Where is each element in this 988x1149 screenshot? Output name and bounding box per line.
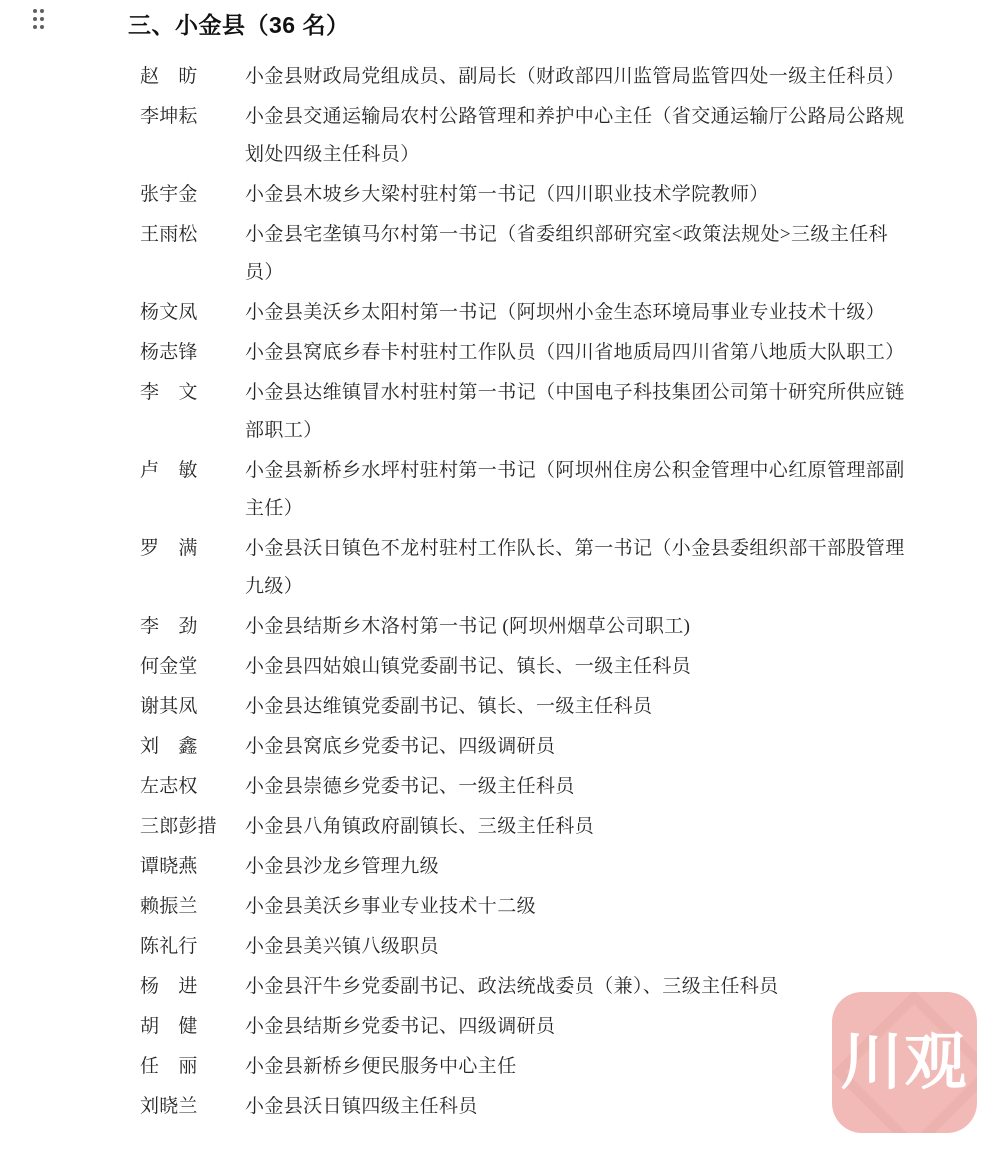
roster-entry: 卢 敏 小金县新桥乡水坪村驻村第一书记（阿坝州住房公积金管理中心红原管理部副主任… <box>140 452 928 528</box>
entry-name: 何金堂 <box>140 648 216 686</box>
entry-name: 赖振兰 <box>140 888 216 926</box>
roster-entry: 王雨松 小金县宅垄镇马尔村第一书记（省委组织部研究室<政策法规处>三级主任科员） <box>140 216 928 292</box>
entry-name: 三郎彭措 <box>140 808 216 846</box>
roster-entry: 刘晓兰 小金县沃日镇四级主任科员 <box>140 1088 928 1126</box>
entry-description: 小金县木坡乡大梁村驻村第一书记（四川职业技术学院教师） <box>245 176 907 214</box>
drag-handle-icon[interactable] <box>33 9 44 29</box>
roster-entry: 杨 进 小金县汗牛乡党委副书记、政法统战委员（兼）、三级主任科员 <box>140 968 928 1006</box>
entry-description: 小金县沙龙乡管理九级 <box>245 848 907 886</box>
entry-description: 小金县结斯乡党委书记、四级调研员 <box>245 1008 907 1046</box>
entry-description: 小金县沃日镇色不龙村驻村工作队长、第一书记（小金县委组织部干部股管理九级） <box>245 530 907 606</box>
roster-entry: 胡 健 小金县结斯乡党委书记、四级调研员 <box>140 1008 928 1046</box>
entry-description: 小金县结斯乡木洛村第一书记 (阿坝州烟草公司职工) <box>245 608 907 646</box>
entry-name: 张宇金 <box>140 176 216 214</box>
entry-name: 赵 昉 <box>140 58 216 96</box>
roster-entry: 杨文凤 小金县美沃乡太阳村第一书记（阿坝州小金生态环境局事业专业技术十级） <box>140 294 928 332</box>
entry-description: 小金县窝底乡党委书记、四级调研员 <box>245 728 907 766</box>
drag-handle-dot <box>33 25 37 29</box>
entry-name: 杨志锋 <box>140 334 216 372</box>
entry-name: 李 文 <box>140 374 216 412</box>
drag-handle-dot <box>33 17 37 21</box>
chuanguan-watermark-badge: 川观 <box>832 992 977 1133</box>
entry-description: 小金县沃日镇四级主任科员 <box>245 1088 907 1126</box>
entry-name: 任 丽 <box>140 1048 216 1086</box>
entry-name: 谭晓燕 <box>140 848 216 886</box>
entry-name: 陈礼行 <box>140 928 216 966</box>
drag-handle-dot <box>40 25 44 29</box>
roster-entry: 张宇金 小金县木坡乡大梁村驻村第一书记（四川职业技术学院教师） <box>140 176 928 214</box>
roster-entry: 谢其凤 小金县达维镇党委副书记、镇长、一级主任科员 <box>140 688 928 726</box>
roster-entry: 三郎彭措 小金县八角镇政府副镇长、三级主任科员 <box>140 808 928 846</box>
roster-entry: 罗 满 小金县沃日镇色不龙村驻村工作队长、第一书记（小金县委组织部干部股管理九级… <box>140 530 928 606</box>
entry-description: 小金县美沃乡太阳村第一书记（阿坝州小金生态环境局事业专业技术十级） <box>245 294 907 332</box>
entry-name: 罗 满 <box>140 530 216 568</box>
roster-entry: 何金堂 小金县四姑娘山镇党委副书记、镇长、一级主任科员 <box>140 648 928 686</box>
document-body: 三、小金县（36 名） 赵 昉 小金县财政局党组成员、副局长（财政部四川监管局监… <box>128 10 928 1128</box>
roster-entry: 赖振兰 小金县美沃乡事业专业技术十二级 <box>140 888 928 926</box>
entry-name: 刘 鑫 <box>140 728 216 766</box>
entry-description: 小金县窝底乡春卡村驻村工作队员（四川省地质局四川省第八地质大队职工） <box>245 334 907 372</box>
entry-name: 李 劲 <box>140 608 216 646</box>
roster-entry: 谭晓燕 小金县沙龙乡管理九级 <box>140 848 928 886</box>
entry-name: 刘晓兰 <box>140 1088 216 1126</box>
watermark-logo-text: 川观 <box>832 992 977 1133</box>
entry-name: 李坤耘 <box>140 98 216 136</box>
entry-description: 小金县达维镇冒水村驻村第一书记（中国电子科技集团公司第十研究所供应链部职工） <box>245 374 907 450</box>
entry-description: 小金县达维镇党委副书记、镇长、一级主任科员 <box>245 688 907 726</box>
roster-entry: 李 劲 小金县结斯乡木洛村第一书记 (阿坝州烟草公司职工) <box>140 608 928 646</box>
roster-entry: 李 文 小金县达维镇冒水村驻村第一书记（中国电子科技集团公司第十研究所供应链部职… <box>140 374 928 450</box>
drag-handle-dot <box>33 9 37 13</box>
entry-description: 小金县崇德乡党委书记、一级主任科员 <box>245 768 907 806</box>
entry-name: 杨 进 <box>140 968 216 1006</box>
entry-name: 谢其凤 <box>140 688 216 726</box>
entry-description: 小金县财政局党组成员、副局长（财政部四川监管局监管四处一级主任科员） <box>245 58 907 96</box>
entry-name: 杨文凤 <box>140 294 216 332</box>
roster-entry: 陈礼行 小金县美兴镇八级职员 <box>140 928 928 966</box>
entry-description: 小金县美沃乡事业专业技术十二级 <box>245 888 907 926</box>
roster-entry: 左志权 小金县崇德乡党委书记、一级主任科员 <box>140 768 928 806</box>
entry-description: 小金县美兴镇八级职员 <box>245 928 907 966</box>
roster-entry: 任 丽 小金县新桥乡便民服务中心主任 <box>140 1048 928 1086</box>
entry-name: 卢 敏 <box>140 452 216 490</box>
entry-description: 小金县宅垄镇马尔村第一书记（省委组织部研究室<政策法规处>三级主任科员） <box>245 216 907 292</box>
entry-name: 胡 健 <box>140 1008 216 1046</box>
roster-entry: 李坤耘 小金县交通运输局农村公路管理和养护中心主任（省交通运输厅公路局公路规划处… <box>140 98 928 174</box>
entry-description: 小金县交通运输局农村公路管理和养护中心主任（省交通运输厅公路局公路规划处四级主任… <box>245 98 907 174</box>
entry-description: 小金县新桥乡便民服务中心主任 <box>245 1048 907 1086</box>
document-page: { "page": { "title": "三、小金县（36 名）" }, "i… <box>0 0 988 1149</box>
entry-description: 小金县汗牛乡党委副书记、政法统战委员（兼）、三级主任科员 <box>245 968 907 1006</box>
entry-name: 王雨松 <box>140 216 216 254</box>
entry-description: 小金县四姑娘山镇党委副书记、镇长、一级主任科员 <box>245 648 907 686</box>
roster-list: 赵 昉 小金县财政局党组成员、副局长（财政部四川监管局监管四处一级主任科员） 李… <box>140 58 928 1126</box>
roster-entry: 杨志锋 小金县窝底乡春卡村驻村工作队员（四川省地质局四川省第八地质大队职工） <box>140 334 928 372</box>
section-title: 三、小金县（36 名） <box>128 10 928 40</box>
drag-handle-dot <box>40 17 44 21</box>
entry-name: 左志权 <box>140 768 216 806</box>
entry-description: 小金县新桥乡水坪村驻村第一书记（阿坝州住房公积金管理中心红原管理部副主任） <box>245 452 907 528</box>
drag-handle-dot <box>40 9 44 13</box>
roster-entry: 赵 昉 小金县财政局党组成员、副局长（财政部四川监管局监管四处一级主任科员） <box>140 58 928 96</box>
entry-description: 小金县八角镇政府副镇长、三级主任科员 <box>245 808 907 846</box>
roster-entry: 刘 鑫 小金县窝底乡党委书记、四级调研员 <box>140 728 928 766</box>
